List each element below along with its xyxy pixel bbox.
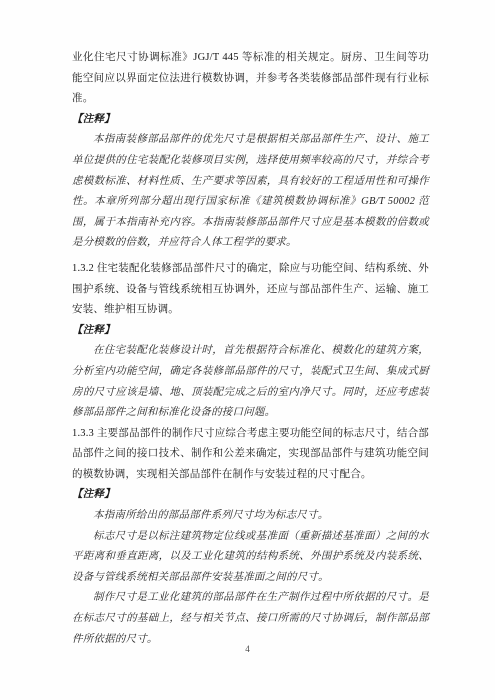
note-paragraph: 制作尺寸是工业化建筑的部品部件在生产制作过程中所依据的尺寸。是在标志尺寸的基础上… bbox=[72, 588, 429, 650]
page-number: 4 bbox=[0, 644, 495, 654]
note-label: 【注释】 bbox=[72, 321, 429, 342]
document-content: 业化住宅尺寸协调标准》JGJ/T 445 等标准的相关规定。厨房、卫生间等功能空… bbox=[72, 48, 429, 650]
note-paragraph: 在住宅装配化装修设计时，首先根据符合标准化、模数化的建筑方案，分析室内功能空间，… bbox=[72, 341, 429, 423]
document-page: 业化住宅尺寸协调标准》JGJ/T 445 等标准的相关规定。厨房、卫生间等功能空… bbox=[0, 0, 495, 700]
note-paragraph: 标志尺寸是以标注建筑物定位线或基准面（重新描述基准面）之间的水平距离和垂直距离，… bbox=[72, 527, 429, 589]
clause-paragraph: 1.3.2 住宅装配化装修部品部件尺寸的确定，除应与功能空间、结构系统、外围护系… bbox=[72, 259, 429, 321]
note-paragraph: 本指南装修部品部件的优先尺寸是根据相关部品部件生产、设计、施工单位提供的住宅装配… bbox=[72, 130, 429, 254]
note-label: 【注释】 bbox=[72, 485, 429, 506]
clause-paragraph: 1.3.3 主要部品部件的制作尺寸应综合考虑主要功能空间的标志尺寸，结合部品部件… bbox=[72, 424, 429, 486]
note-paragraph: 本指南所给出的部品部件系列尺寸均为标志尺寸。 bbox=[72, 506, 429, 527]
note-label: 【注释】 bbox=[72, 110, 429, 131]
clause-paragraph: 业化住宅尺寸协调标准》JGJ/T 445 等标准的相关规定。厨房、卫生间等功能空… bbox=[72, 48, 429, 110]
